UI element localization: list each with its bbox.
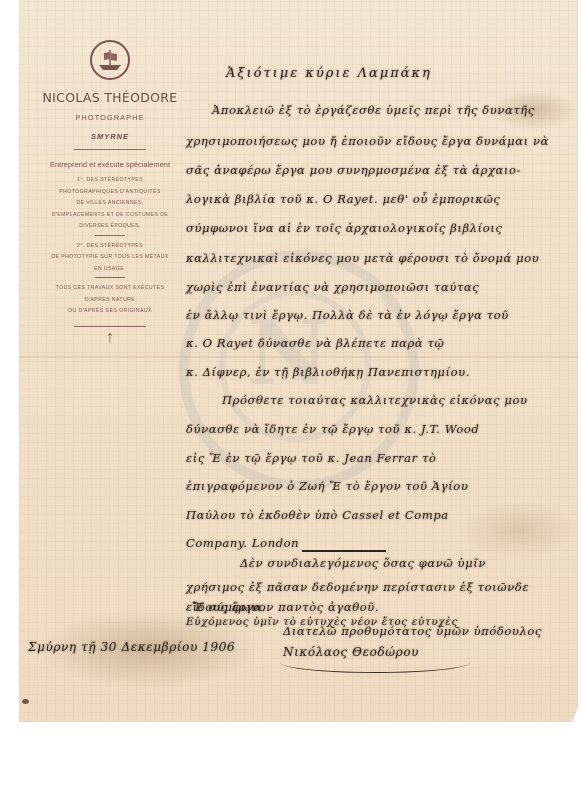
letter-line: σύμφωνοι ἵνα αἱ ἐν τοῖς ἀρχαιολογικοῖς β…: [186, 221, 502, 235]
separator: [95, 277, 125, 278]
service-line: DE PHOTOTYPIE SUR TOUS LES MÉTAUX: [30, 252, 190, 264]
letter-line: Ἀποκλειῶ ἐξ τὸ ἐργάζεσθε ὑμεῖς περὶ τῆς …: [212, 103, 535, 117]
footer-line: OU D'APRÈS DES ORIGINAUX: [30, 306, 190, 318]
letter-line: ἐν ἄλλῳ τινὶ ἔργῳ. Πολλὰ δὲ τὰ ἐν λόγῳ ἔ…: [186, 308, 509, 322]
letter-line: εἰς Ἔ ἐν τῷ ἔργῳ τοῦ κ. Jean Ferrar τὸ: [186, 451, 436, 465]
letter-line: Δὲν συνδιαλεγόμενος ὅσας φανῶ ὑμῖν: [240, 556, 486, 570]
service-line: EN USAGE.: [30, 264, 190, 276]
footer-line: D'APRÈS NATURE: [30, 295, 190, 307]
footer-line: TOUS CES TRAVAUX SONT EXÉCUTÉS: [30, 283, 190, 295]
photographer-name: NICOLAS THÉODORE: [30, 90, 190, 105]
city: SMYRNE: [30, 132, 190, 141]
pin-hole: [22, 699, 29, 704]
service-line: 1°. DES STÉRÉOTYPES: [30, 175, 190, 187]
letter-line: κ. O Rayet δύνασθε νὰ βλέπετε παρὰ τῷ: [186, 336, 444, 350]
service-line: DE VILLES ANCIENNES,: [30, 198, 190, 210]
letter-line: ἐπιγραφόμενον ὁ Ζωή Ἔ τὸ ἔργον τοῦ Ἁγίου: [186, 479, 468, 493]
separator: [74, 326, 146, 327]
service-line: 2°. DES STÉRÉOTYPES: [30, 241, 190, 253]
ink-stain: [459, 500, 579, 560]
salutation: Ἀξιότιμε κύριε Λαμπάκη: [226, 66, 432, 81]
underline: [302, 550, 386, 552]
services-intro: Entreprend et exécute spécialement: [30, 160, 190, 169]
letter-line: χωρὶς ἐπὶ ἐναντίας νὰ χρησιμοποιῶσι ταύτ…: [186, 280, 479, 294]
letter-line: καλλιτεχνικαὶ εἰκόνες μου μετὰ φέρουσι τ…: [186, 251, 539, 265]
letter-line: Παύλου τὸ ἐκδοθὲν ὑπὸ Cassel et Compa: [186, 508, 449, 522]
letter-line: χρησιμοποιήσεως μου ἤ ἐποιοῦν εἴδους ἔργ…: [186, 134, 549, 148]
letter-line: κ. Δίφνερ, ἐν τῇ βιβλιοθήκῃ Πανεπιστημίο…: [186, 365, 470, 379]
up-arrow-icon: ↑: [100, 329, 120, 347]
letterhead: NICOLAS THÉODORE PHOTOGRAPHE SMYRNE Entr…: [30, 40, 190, 347]
place-and-date: Σμύρνη τῇ 30 Δεκεμβρίου 1906: [28, 640, 235, 654]
letter-line: χρήσιμος ἐξ πᾶσαν δεδομένην περίστασιν ἐ…: [186, 580, 529, 594]
letter-line: Πρόσθετε τοιαύτας καλλιτεχνικὰς εἰκόνας …: [222, 393, 528, 407]
separator: [74, 149, 146, 150]
letter-line: λογικὰ βιβλία τοῦ κ. O Rayet. μεθ' οὗ ἐμ…: [186, 192, 500, 206]
closing-formula: Διατελῶ προθυμότατος ὑμῶν ὑπόδουλος: [283, 624, 542, 638]
letter-line: Company. London: [186, 536, 299, 550]
letter-line: σᾶς ἀναφέρω ἔργα μου συνηρμοσμένα ἐξ τὰ …: [186, 163, 521, 177]
letter-line: δύνασθε νὰ ἴδητε ἐν τῷ ἔργῳ τοῦ κ. J.T. …: [186, 422, 479, 436]
service-line: D'EMPLACEMENTS ET DE COSTUMES DE: [30, 210, 190, 222]
letter-line: Ἔ σύμφωνον παντὸς ἀγαθοῦ.: [192, 600, 379, 614]
signature-flourish: [280, 652, 470, 673]
ship-seal-icon: [90, 40, 130, 80]
profession: PHOTOGRAPHE: [30, 113, 190, 122]
separator: [95, 235, 125, 236]
service-line: PHOTOGRAPHIQUES D'ANTIQUITÉS: [30, 187, 190, 199]
service-line: DIVERSES ÉPOQUES.: [30, 221, 190, 233]
